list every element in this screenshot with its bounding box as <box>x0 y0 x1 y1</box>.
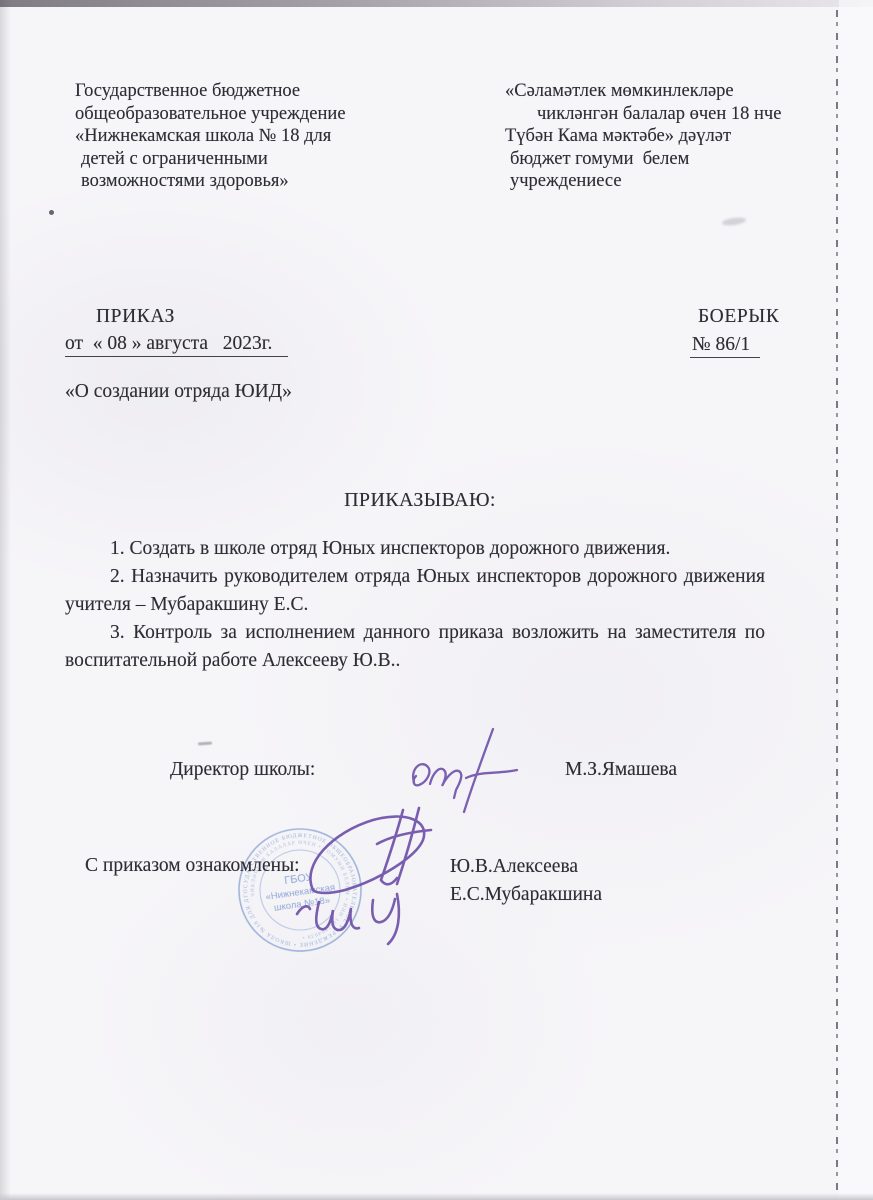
svg-text:ГОСУДАРСТВЕННОЕ БЮДЖЕТНОЕ ОБЩЕ: ГОСУДАРСТВЕННОЕ БЮДЖЕТНОЕ ОБЩЕОБРАЗОВАТЕ… <box>225 815 364 956</box>
scan-edge-top <box>0 0 873 7</box>
acknowledged-name-1: Ю.В.Алексеева <box>450 853 602 881</box>
scan-smudge <box>722 216 747 226</box>
ink-speck <box>49 210 54 215</box>
director-label: Директор школы: <box>170 759 315 781</box>
order-title-tatar: БОЕРЫК <box>698 306 780 328</box>
letterhead-line: бюджет гомуми белем <box>505 148 835 171</box>
school-round-stamp: ГОСУДАРСТВЕННОЕ БЮДЖЕТНОЕ ОБЩЕОБРАЗОВАТЕ… <box>225 815 374 964</box>
decree-word: ПРИКАЗЫВАЮ: <box>65 489 775 512</box>
letterhead-line: детей с ограниченными <box>75 148 475 171</box>
letterhead-tatar: «Сәламәтлек мөмкинлекләре чикләнгән бала… <box>505 80 835 193</box>
decree-item-3: 3. Контроль за исполнением данного прика… <box>65 619 765 675</box>
acknowledged-label: С приказом ознакомлены: <box>85 855 300 877</box>
director-name: М.З.Ямашева <box>565 759 677 781</box>
decree-item-2: 2. Назначить руководителем отряда Юных и… <box>65 563 765 619</box>
scan-right-margin <box>839 0 873 1200</box>
director-signature <box>400 722 535 820</box>
letterhead-line: чикләнгән балалар өчен 18 нче <box>505 103 835 126</box>
scanned-order-page: { "document": { "header": { "left_lines"… <box>0 0 873 1200</box>
decree-item-1: 1. Создать в школе отряд Юных инспекторо… <box>65 535 765 563</box>
letterhead-line: общеобразовательное учреждение <box>75 103 475 126</box>
scan-dash-mark <box>198 742 212 746</box>
letterhead-line: «Нижнекамская школа № 18 для <box>75 125 475 148</box>
order-date: от « 08 » августа 2023г. <box>65 333 288 357</box>
order-title-russian: ПРИКАЗ <box>96 306 175 328</box>
letterhead-line: «Сәламәтлек мөмкинлекләре <box>505 80 835 103</box>
letterhead-line: возможностями здоровья» <box>75 170 475 193</box>
acknowledged-names: Ю.В.Алексеева Е.С.Мубаракшина <box>450 853 602 909</box>
acknowledged-name-2: Е.С.Мубаракшина <box>450 881 602 909</box>
page-fold-line <box>836 10 838 1193</box>
letterhead-line: учреждениесе <box>505 170 835 193</box>
order-number: № 86/1 <box>690 334 760 358</box>
order-subject: «О создании отряда ЮИД» <box>65 381 292 403</box>
letterhead-russian: Государственное бюджетное общеобразовате… <box>75 80 475 193</box>
scan-edge-bottom <box>0 1193 873 1200</box>
scan-edge-left <box>0 0 11 1200</box>
stamp-ring-text-outer: ГОСУДАРСТВЕННОЕ БЮДЖЕТНОЕ ОБЩЕОБРАЗОВАТЕ… <box>225 815 364 956</box>
letterhead-line: Түбән Кама мәктәбе» дәүләт <box>505 125 835 148</box>
decree-items: 1. Создать в школе отряд Юных инспекторо… <box>65 535 765 675</box>
letterhead-line: Государственное бюджетное <box>75 80 475 103</box>
